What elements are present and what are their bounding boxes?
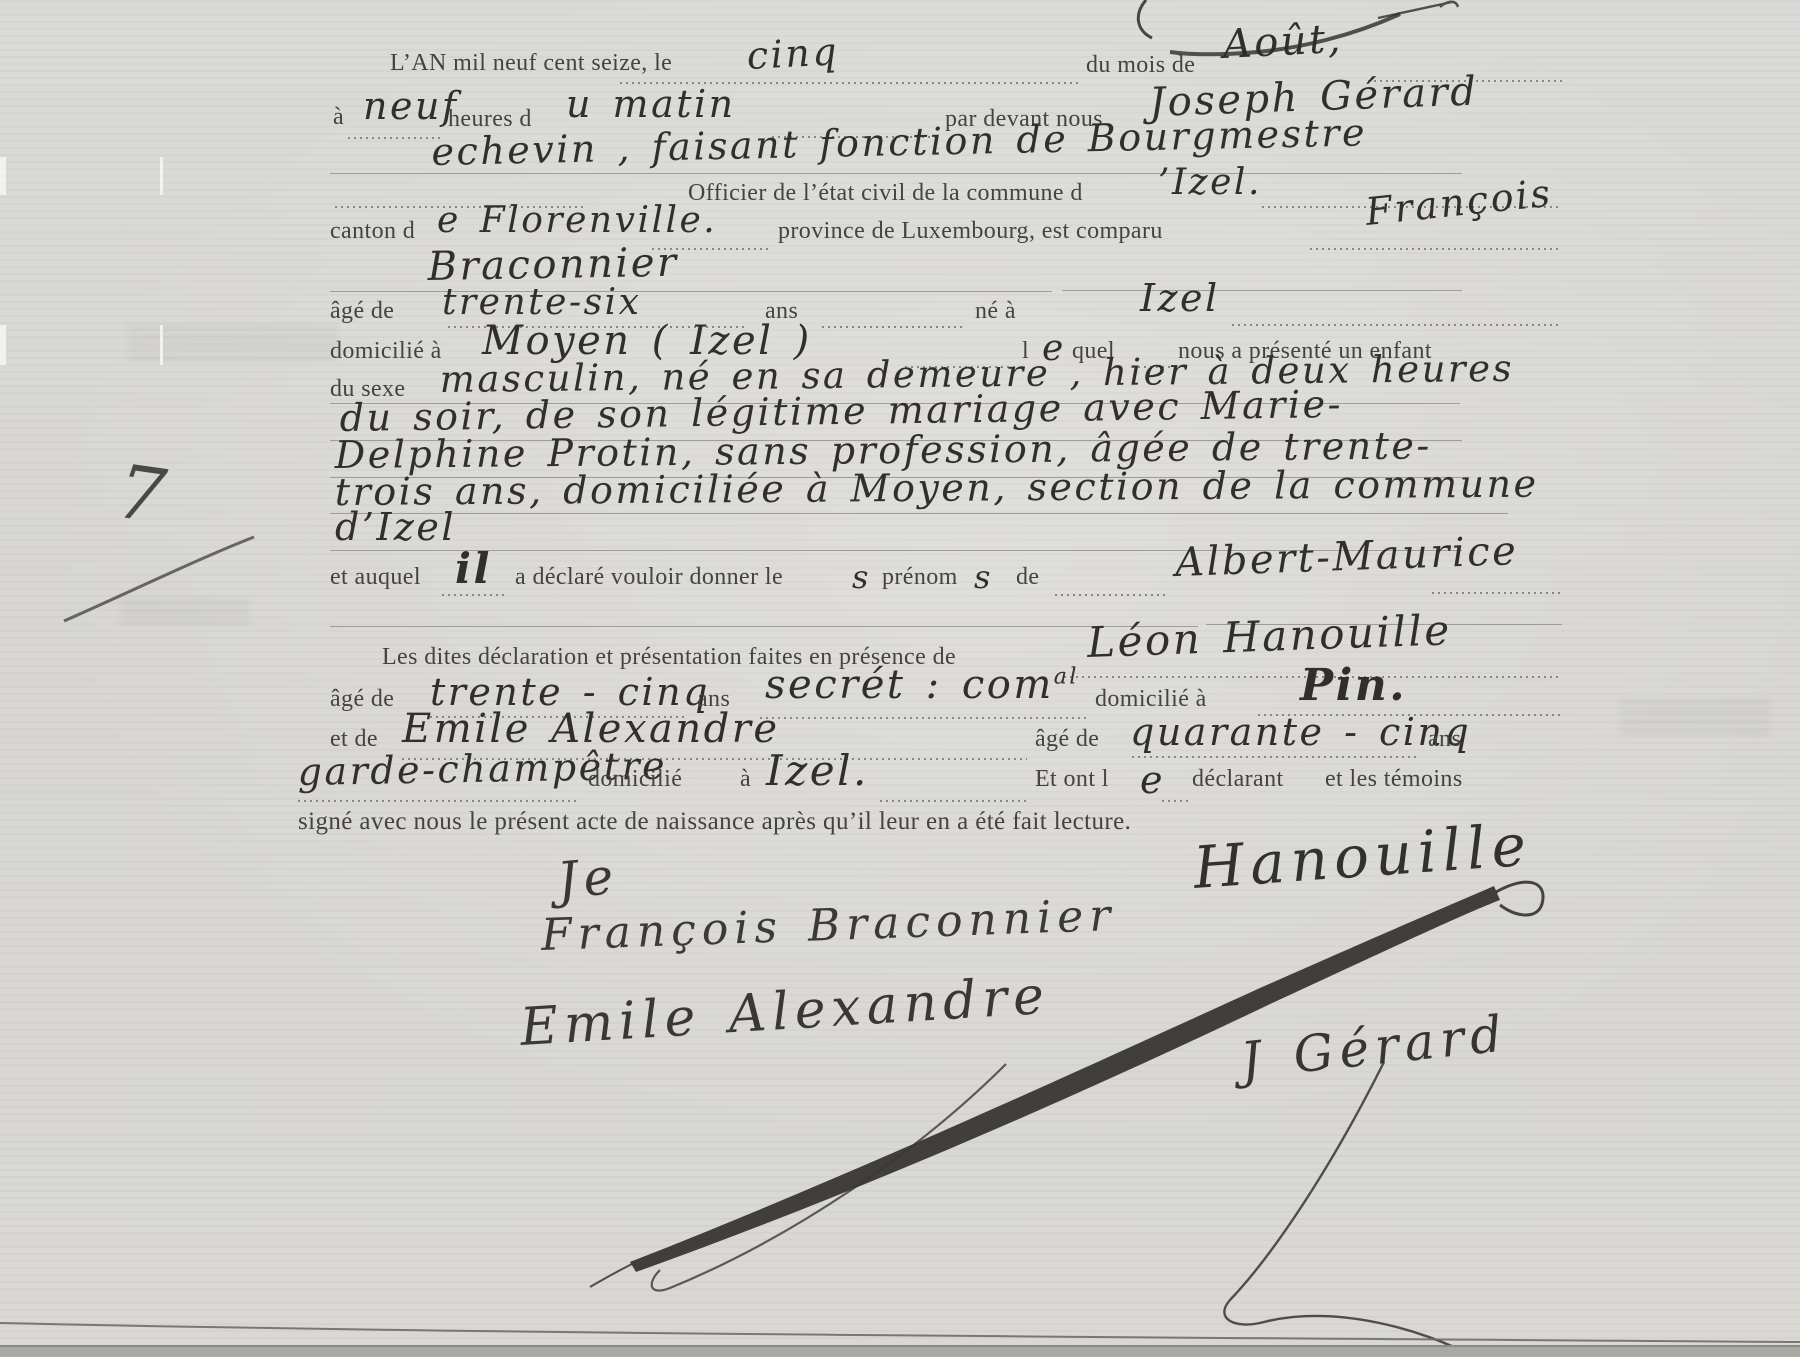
scan-artifact	[160, 157, 163, 195]
printed-at-w2: à	[740, 766, 751, 793]
hw-plural-s1: s	[852, 558, 871, 596]
printed-prenom: prénom	[882, 564, 958, 591]
hw-le-letter: e	[1140, 758, 1165, 802]
ruled-line	[1232, 324, 1562, 326]
hw-hour: neuf	[363, 84, 459, 128]
paraph-end-curl	[1496, 882, 1543, 915]
printed-and-have-the: Et ont l	[1035, 766, 1109, 793]
profession-main: secrét : com	[765, 662, 1054, 708]
printed-at: à	[333, 104, 344, 131]
ruled-line	[298, 800, 580, 802]
printed-domiciled: domicilié à	[330, 338, 442, 365]
ruled-line	[880, 800, 1030, 802]
top-cutoff-stroke	[1138, 0, 1152, 38]
ruled-line	[330, 173, 1462, 174]
hw-witness2-residence: Izel.	[766, 746, 869, 795]
hw-birthplace: Izel	[1140, 276, 1220, 320]
printed-province: province de Luxembourg, est comparu	[778, 218, 1163, 245]
printed-civil-officer: Officier de l’état civil de la commune d	[688, 180, 1083, 207]
ruled-line	[1432, 592, 1562, 594]
officer-flourish	[1224, 1062, 1472, 1356]
printed-signed-with-us: signé avec nous le présent acte de naiss…	[298, 808, 1131, 836]
printed-canton: canton d	[330, 218, 415, 245]
paraph-lead-out	[590, 1264, 632, 1287]
hw-given-names: Albert-Maurice	[1174, 528, 1519, 586]
printed-month-label: du mois de	[1086, 52, 1195, 79]
bleedthrough-smudge	[128, 326, 338, 364]
ruled-line	[442, 594, 508, 596]
hw-witness2-age: quarante - cinq	[1130, 710, 1471, 754]
printed-declared-names: a déclaré vouloir donner le	[515, 564, 783, 591]
top-right-cutoff-stroke	[1378, 2, 1458, 18]
printed-year-line: L’AN mil neuf cent seize, le	[390, 50, 672, 77]
ruled-line	[330, 626, 1198, 627]
witness2-flourish	[652, 1064, 1006, 1291]
hw-commune-izel-line: d’Izel	[335, 505, 456, 549]
signature-officer: J Gérard	[1238, 1004, 1511, 1090]
ruled-line	[348, 137, 440, 139]
ruled-line	[1310, 248, 1562, 250]
hw-witness1-residence: Pin.	[1300, 660, 1407, 711]
printed-de: de	[1016, 564, 1039, 591]
hw-witness1-name: Léon Hanouille	[1086, 605, 1452, 667]
printed-born-at: né à	[975, 298, 1016, 325]
printed-aged-w2: âgé de	[1035, 726, 1099, 753]
printed-and-witnesses: et les témoins	[1325, 766, 1463, 793]
signature-witness1: Hanouille	[1191, 811, 1534, 902]
bleedthrough-smudge	[120, 600, 250, 630]
printed-years-w2: ans	[1428, 726, 1461, 753]
printed-domiciled-w1: domicilié à	[1095, 686, 1207, 713]
hw-canton: e Florenville.	[437, 200, 717, 241]
ruled-line	[330, 513, 1508, 514]
scan-artifact	[0, 325, 6, 365]
bleedthrough-smudge	[1620, 700, 1770, 734]
ruled-line	[760, 717, 1088, 719]
hw-declarant-first: François	[1363, 171, 1554, 234]
ruled-line	[1162, 800, 1188, 802]
hw-declarant-age: trente-six	[442, 282, 641, 323]
printed-aged-w1: âgé de	[330, 686, 394, 713]
printed-aged: âgé de	[330, 298, 394, 325]
hw-il: il	[455, 544, 492, 593]
printed-domiciled-w2: domicilié	[588, 766, 682, 793]
page-bottom-band	[0, 1346, 1800, 1357]
hw-plural-s2: s	[974, 558, 993, 596]
ruled-line	[330, 291, 1052, 292]
printed-and-to-whom: et auquel	[330, 564, 421, 591]
hw-witness1-profession: secrét : comal	[765, 662, 1079, 708]
civil-register-page: 7 L’AN mil neuf cent seize, le cinq du m…	[0, 0, 1800, 1357]
ruled-line	[822, 326, 964, 328]
page-bottom-band-edge	[0, 1345, 1800, 1347]
hw-day: cinq	[746, 29, 840, 78]
margin-act-number: 7	[112, 449, 173, 541]
printed-declarant-word: déclarant	[1192, 766, 1284, 793]
signature-initial-mark: Je	[555, 847, 621, 910]
hw-mother-residence-line: trois ans, domiciliée à Moyen, section d…	[335, 462, 1539, 514]
profession-superscript: al	[1054, 665, 1079, 690]
signature-witness2: Emile Alexandre	[518, 966, 1051, 1058]
hw-month: Août,	[1222, 16, 1344, 68]
hw-morning: u matin	[566, 82, 736, 126]
hw-commune: ’Izel.	[1158, 162, 1262, 203]
signature-declarant: François Braconnier	[540, 890, 1117, 961]
scan-artifact	[0, 157, 6, 195]
ruled-line	[1055, 594, 1167, 596]
ruled-line	[1062, 290, 1462, 291]
page-bottom-edge-line	[0, 1323, 1800, 1342]
ruled-line	[1132, 756, 1420, 758]
